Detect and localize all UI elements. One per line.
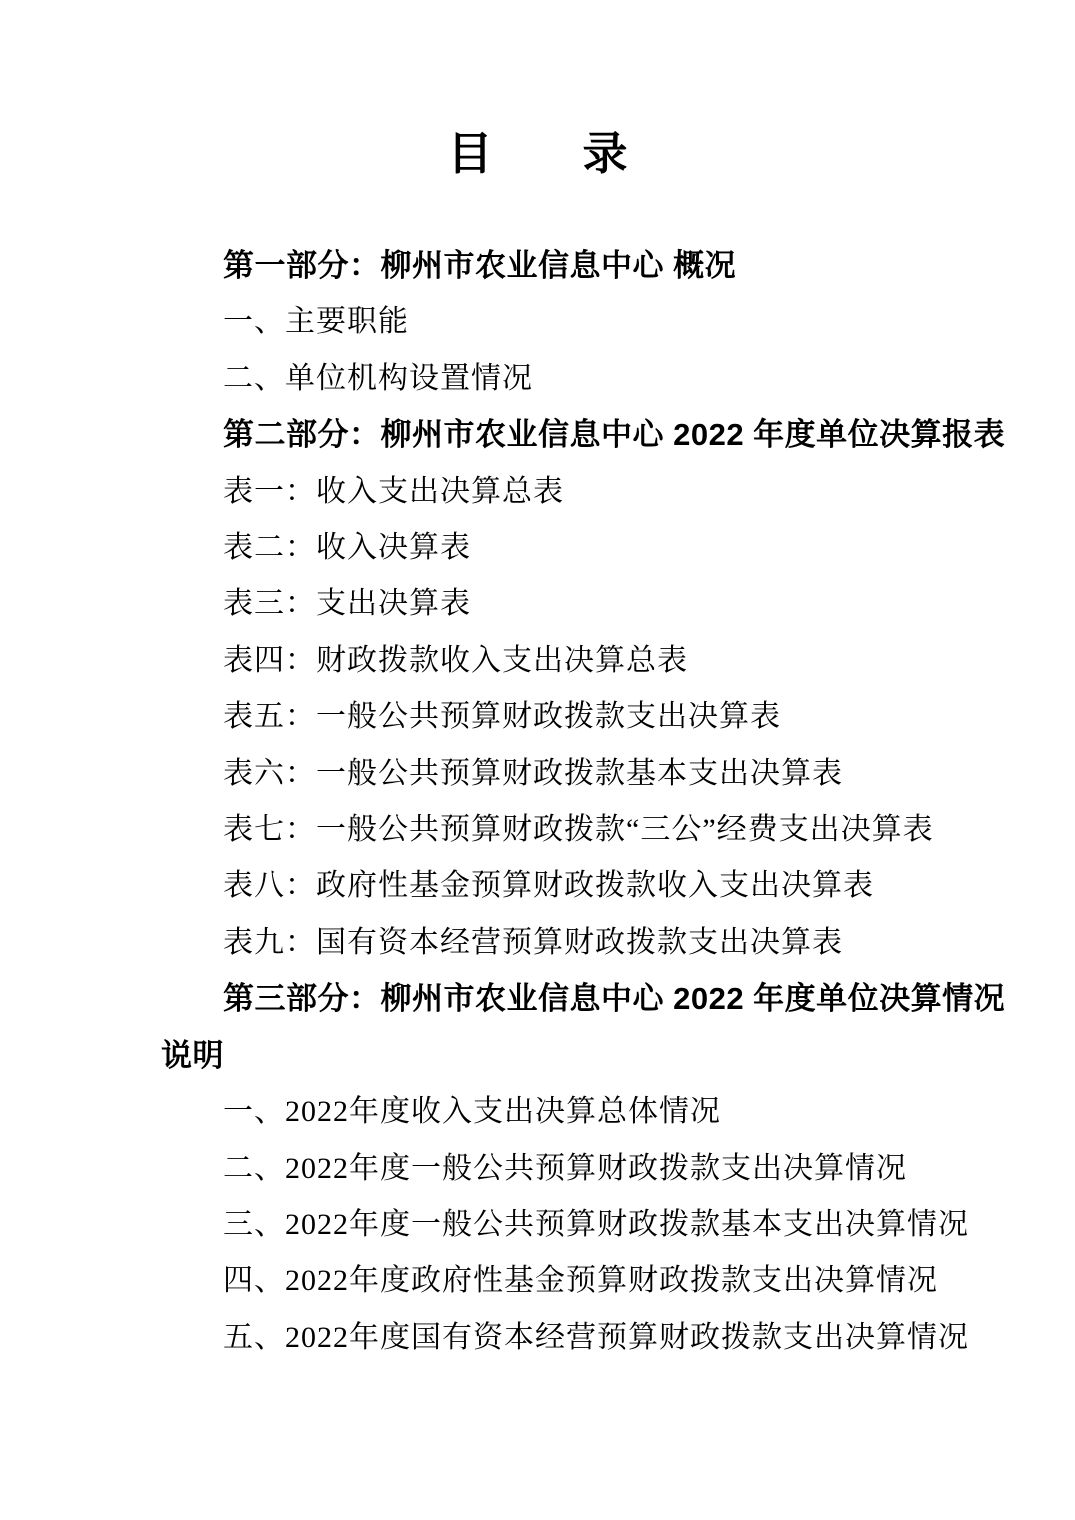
toc-item: 表一：收入支出决算总表 bbox=[161, 464, 925, 520]
document-page: 目 录 第一部分：柳州市农业信息中心 概况 一、主要职能 二、单位机构设置情况 … bbox=[0, 0, 1075, 1520]
toc-item: 一、2022年度收入支出决算总体情况 bbox=[161, 1084, 925, 1140]
toc-item: 一、主要职能 bbox=[161, 294, 925, 350]
toc-item: 表四：财政拨款收入支出决算总表 bbox=[161, 633, 925, 689]
section-3-heading-line1: 第三部分：柳州市农业信息中心 2022 年度单位决算情况 bbox=[223, 981, 1005, 1016]
section-1-heading: 第一部分：柳州市农业信息中心 概况 bbox=[161, 238, 925, 294]
toc-item: 五、2022年度国有资本经营预算财政拨款支出决算情况 bbox=[161, 1310, 925, 1366]
section-3-heading: 第三部分：柳州市农业信息中心 2022 年度单位决算情况说明 bbox=[161, 971, 925, 1084]
toc-item: 表二：收入决算表 bbox=[161, 520, 925, 576]
toc-item: 二、2022年度一般公共预算财政拨款支出决算情况 bbox=[161, 1141, 925, 1197]
toc-item: 表九：国有资本经营预算财政拨款支出决算表 bbox=[161, 915, 925, 971]
toc-item: 表七：一般公共预算财政拨款“三公”经费支出决算表 bbox=[161, 802, 925, 858]
toc-content: 第一部分：柳州市农业信息中心 概况 一、主要职能 二、单位机构设置情况 第二部分… bbox=[161, 238, 925, 1366]
section-3-heading-line2: 说明 bbox=[161, 1038, 224, 1073]
toc-item: 二、单位机构设置情况 bbox=[161, 351, 925, 407]
page-title: 目 录 bbox=[0, 0, 1075, 182]
section-2-heading: 第二部分：柳州市农业信息中心 2022 年度单位决算报表 bbox=[161, 407, 925, 463]
toc-item: 三、2022年度一般公共预算财政拨款基本支出决算情况 bbox=[161, 1197, 925, 1253]
toc-item: 表三：支出决算表 bbox=[161, 576, 925, 632]
toc-item: 表六：一般公共预算财政拨款基本支出决算表 bbox=[161, 746, 925, 802]
toc-item: 四、2022年度政府性基金预算财政拨款支出决算情况 bbox=[161, 1253, 925, 1309]
toc-item: 表五：一般公共预算财政拨款支出决算表 bbox=[161, 689, 925, 745]
toc-item: 表八：政府性基金预算财政拨款收入支出决算表 bbox=[161, 858, 925, 914]
